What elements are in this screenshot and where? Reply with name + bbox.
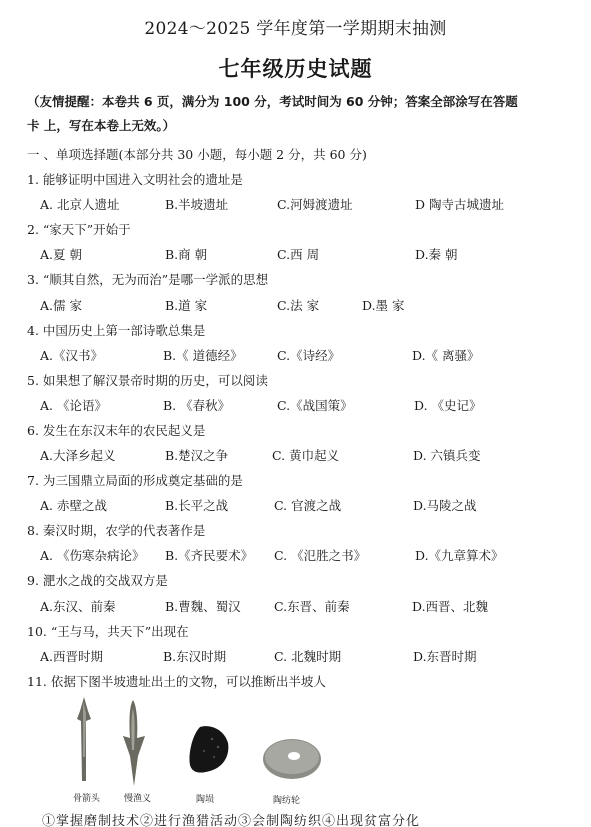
exam-title: 2024～2025 学年度第一学期期末抽测 (0, 14, 591, 39)
q6-option-a: A.大泽乡起义 (40, 446, 116, 464)
question-2-stem: 2. “家天下”开始于 (27, 220, 131, 238)
q9-option-d: D.西晋、北魏 (412, 597, 488, 615)
q9-option-b: B.曹魏、蜀汉 (165, 597, 241, 615)
q9-option-c: C.东晋、前秦 (274, 597, 350, 615)
q5-option-c: C.《战国策》 (277, 396, 353, 414)
q8-option-d: D.《九章算术》 (415, 546, 504, 564)
q3-option-a: A.儒 家 (40, 296, 82, 314)
question-7-stem: 7. 为三国鼎立局面的形成奠定基础的是 (27, 471, 243, 489)
q1-option-a: A. 北京人遗址 (40, 195, 119, 213)
q2-option-a: A.夏 朝 (40, 245, 82, 263)
question-3-stem: 3. “顺其自然，无为而治”是哪一学派的思想 (27, 270, 268, 288)
q3-option-b: B.道 家 (165, 296, 207, 314)
q2-option-d: D.秦 朝 (415, 245, 458, 263)
q4-option-a: A.《汉书》 (40, 346, 103, 364)
q5-option-d: D. 《史记》 (414, 396, 482, 414)
q2-option-c: C.西 周 (277, 245, 319, 263)
pottery-spindle-whorl-image (262, 735, 322, 781)
q9-option-a: A.东汉、前秦 (40, 597, 116, 615)
q8-option-a: A. 《伤寒杂病论》 (40, 546, 144, 564)
q4-option-b: B.《 道德经》 (163, 346, 243, 364)
question-10-stem: 10. “王与马，共天下”出现在 (27, 622, 189, 640)
question-6-stem: 6. 发生在东汉末年的农民起义是 (27, 421, 205, 439)
q6-option-c: C. 黄巾起义 (272, 446, 339, 464)
q8-option-c: C. 《氾胜之书》 (274, 546, 366, 564)
q6-option-b: B.楚汉之争 (165, 446, 228, 464)
q6-option-d: D. 六镇兵变 (413, 446, 481, 464)
q10-option-d: D.东晋时期 (413, 647, 477, 665)
q1-option-c: C.河姆渡遗址 (277, 195, 353, 213)
question-11-statements: ①掌握磨制技术②进行渔猎活动③会制陶纺织④出现贫富分化 (42, 810, 420, 827)
q7-option-c: C. 官渡之战 (274, 496, 341, 514)
bone-arrowhead-image (76, 697, 92, 783)
q8-option-b: B.《齐民要术》 (165, 546, 253, 564)
q3-option-d: D.墨 家 (362, 296, 405, 314)
caption-bone-arrowhead: 骨箭头 (73, 791, 100, 804)
question-4-stem: 4. 中国历史上第一部诗歌总集是 (27, 321, 205, 339)
question-9-stem: 9. 淝水之战的交战双方是 (27, 571, 168, 589)
caption-spindle-whorl: 陶纺轮 (273, 793, 300, 806)
question-5-stem: 5. 如果想了解汉景帝时期的历史，可以阅读 (27, 371, 268, 389)
exam-subtitle: 七年级历史试题 (0, 53, 591, 83)
q10-option-b: B.东汉时期 (163, 647, 226, 665)
notice-line-2: 卡 上，写在本卷上无效。） (27, 116, 175, 134)
q3-option-c: C.法 家 (277, 296, 319, 314)
q5-option-a: A. 《论语》 (40, 396, 107, 414)
question-8-stem: 8. 秦汉时期，农学的代表著作是 (27, 521, 205, 539)
caption-pottery-xun: 陶埙 (196, 792, 214, 805)
q7-option-a: A. 赤壁之战 (40, 496, 107, 514)
fish-harpoon-image (120, 700, 148, 788)
section-title: 一 、单项选择题(本部分共 30 小题，每小题 2 分，共 60 分) (27, 145, 367, 163)
q4-option-d: D.《 离骚》 (412, 346, 480, 364)
q7-option-b: B.长平之战 (165, 496, 228, 514)
q1-option-b: B.半坡遗址 (165, 195, 228, 213)
q10-option-a: A.西晋时期 (40, 647, 103, 665)
q10-option-c: C. 北魏时期 (274, 647, 341, 665)
question-11-stem: 11. 依据下图半坡遗址出土的文物，可以推断出半坡人 (27, 672, 326, 690)
q5-option-b: B. 《春秋》 (163, 396, 230, 414)
q7-option-d: D.马陵之战 (413, 496, 477, 514)
q1-option-d: D 陶寺古城遗址 (415, 195, 504, 213)
question-1-stem: 1. 能够证明中国进入文明社会的遗址是 (27, 170, 243, 188)
q4-option-c: C.《诗经》 (277, 346, 340, 364)
pottery-xun-image (188, 725, 230, 775)
notice-line-1: （友情提醒：本卷共 6 页，满分为 100 分，考试时间为 60 分钟；答案全部… (27, 92, 518, 110)
caption-fish-harpoon: 慢渔义 (124, 791, 151, 804)
q2-option-b: B.商 朝 (165, 245, 207, 263)
